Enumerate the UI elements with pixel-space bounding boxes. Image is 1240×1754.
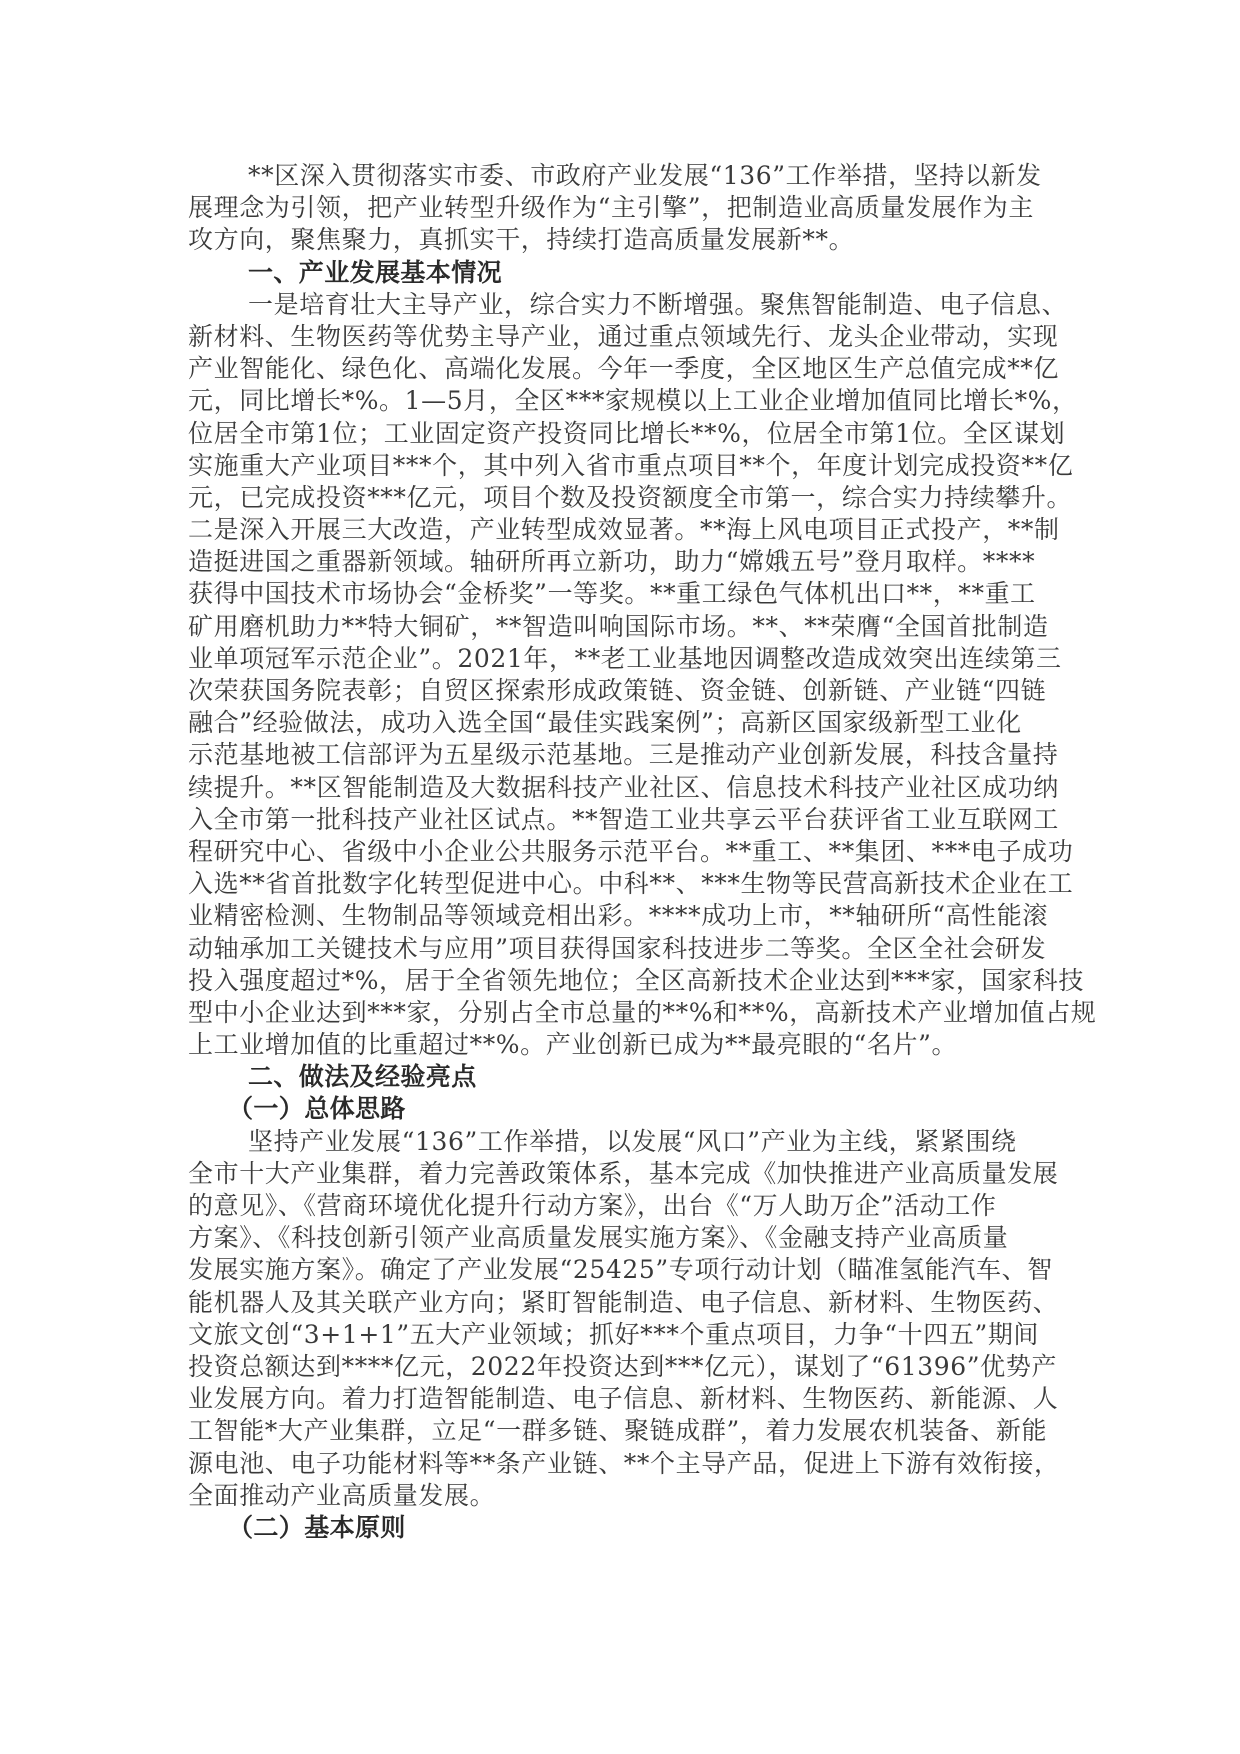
text-line: 的意见》、《营商环境优化提升行动方案》，出台《“万人助万企”活动工作 xyxy=(188,1190,1040,1222)
intro-paragraph: **区深入贯彻落实市委、市政府产业发展“136”工作举措，坚持以新发 展理念为引… xyxy=(188,160,1040,257)
text-line: 能机器人及其关联产业方向；紧盯智能制造、电子信息、新材料、生物医药、 xyxy=(188,1287,1040,1319)
subsection-heading-overall-approach: （一）总体思路 xyxy=(188,1093,1040,1125)
text-line: 型中小企业达到***家，分别占全市总量的**%和**%，高新技术产业增加值占规 xyxy=(188,997,1040,1029)
text-line: 坚持产业发展“136”工作举措，以发展“风口”产业为主线，紧紧围绕 xyxy=(188,1126,1040,1158)
text-line: 入选**省首批数字化转型促进中心。中科**、***生物等民营高新技术企业在工 xyxy=(188,868,1040,900)
text-line: 投资总额达到****亿元，2022年投资达到***亿元），谋划了“61396”优… xyxy=(188,1351,1040,1383)
text-line: 入全市第一批科技产业社区试点。**智造工业共享云平台获评省工业互联网工 xyxy=(188,804,1040,836)
text-line: 续提升。**区智能制造及大数据科技产业社区、信息技术科技产业社区成功纳 xyxy=(188,772,1040,804)
text-line: 位居全市第1位；工业固定资产投资同比增长**%，位居全市第1位。全区谋划 xyxy=(188,418,1040,450)
text-line: 次荣获国务院表彰；自贸区探索形成政策链、资金链、创新链、产业链“四链 xyxy=(188,675,1040,707)
text-line: 获得中国技术市场协会“金桥奖”一等奖。**重工绿色气体机出口**，**重工 xyxy=(188,578,1040,610)
text-line: **区深入贯彻落实市委、市政府产业发展“136”工作举措，坚持以新发 xyxy=(188,160,1040,192)
text-line: 动轴承加工关键技术与应用”项目获得国家科技进步二等奖。全区全社会研发 xyxy=(188,933,1040,965)
text-line: 元，已完成投资***亿元，项目个数及投资额度全市第一，综合实力持续攀升。 xyxy=(188,482,1040,514)
text-line: 新材料、生物医药等优势主导产业，通过重点领域先行、龙头企业带动，实现 xyxy=(188,321,1040,353)
section-1-paragraph: 一是培育壮大主导产业，综合实力不断增强。聚焦智能制造、电子信息、 新材料、生物医… xyxy=(188,289,1040,1062)
text-line: 二是深入开展三大改造，产业转型成效显著。**海上风电项目正式投产，**制 xyxy=(188,514,1040,546)
text-line: 业发展方向。着力打造智能制造、电子信息、新材料、生物医药、新能源、人 xyxy=(188,1383,1040,1415)
text-line: 一是培育壮大主导产业，综合实力不断增强。聚焦智能制造、电子信息、 xyxy=(188,289,1040,321)
section-heading-2: 二、做法及经验亮点 xyxy=(188,1061,1040,1093)
text-line: 发展实施方案》。确定了产业发展“25425”专项行动计划（瞄准氢能汽车、智 xyxy=(188,1254,1040,1286)
text-line: 矿用磨机助力**特大铜矿，**智造叫响国际市场。**、**荣膺“全国首批制造 xyxy=(188,611,1040,643)
text-line: 上工业增加值的比重超过**%。产业创新已成为**最亮眼的“名片”。 xyxy=(188,1029,1040,1061)
text-line: 文旅文创“3+1+1”五大产业领域；抓好***个重点项目，力争“十四五”期间 xyxy=(188,1319,1040,1351)
text-line: 工智能*大产业集群，立足“一群多链、聚链成群”，着力发展农机装备、新能 xyxy=(188,1415,1040,1447)
section-heading-1: 一、产业发展基本情况 xyxy=(188,257,1040,289)
subsection-1-paragraph: 坚持产业发展“136”工作举措，以发展“风口”产业为主线，紧紧围绕 全市十大产业… xyxy=(188,1126,1040,1512)
text-line: 示范基地被工信部评为五星级示范基地。三是推动产业创新发展，科技含量持 xyxy=(188,739,1040,771)
text-line: 实施重大产业项目***个，其中列入省市重点项目**个，年度计划完成投资**亿 xyxy=(188,450,1040,482)
text-line: 全面推动产业高质量发展。 xyxy=(188,1480,1040,1512)
text-line: 源电池、电子功能材料等**条产业链、**个主导产品，促进上下游有效衔接， xyxy=(188,1448,1040,1480)
text-line: 业精密检测、生物制品等领域竞相出彩。****成功上市，**轴研所“高性能滚 xyxy=(188,900,1040,932)
text-line: 方案》、《科技创新引领产业高质量发展实施方案》、《金融支持产业高质量 xyxy=(188,1222,1040,1254)
subsection-heading-basic-principles: （二）基本原则 xyxy=(188,1512,1040,1544)
text-line: 融合”经验做法，成功入选全国“最佳实践案例”；高新区国家级新型工业化 xyxy=(188,707,1040,739)
text-line: 元，同比增长*%。1—5月，全区***家规模以上工业企业增加值同比增长*%， xyxy=(188,385,1040,417)
text-line: 业单项冠军示范企业”。2021年，**老工业基地因调整改造成效突出连续第三 xyxy=(188,643,1040,675)
text-line: 展理念为引领，把产业转型升级作为“主引擎”，把制造业高质量发展作为主 xyxy=(188,192,1040,224)
document-page: **区深入贯彻落实市委、市政府产业发展“136”工作举措，坚持以新发 展理念为引… xyxy=(188,160,1040,1544)
text-line: 投入强度超过*%，居于全省领先地位；全区高新技术企业达到***家，国家科技 xyxy=(188,965,1040,997)
text-line: 产业智能化、绿色化、高端化发展。今年一季度，全区地区生产总值完成**亿 xyxy=(188,353,1040,385)
text-line: 攻方向，聚焦聚力，真抓实干，持续打造高质量发展新**。 xyxy=(188,224,1040,256)
text-line: 程研究中心、省级中小企业公共服务示范平台。**重工、**集团、***电子成功 xyxy=(188,836,1040,868)
text-line: 造挺进国之重器新领域。轴研所再立新功，助力“嫦娥五号”登月取样。**** xyxy=(188,546,1040,578)
text-line: 全市十大产业集群，着力完善政策体系，基本完成《加快推进产业高质量发展 xyxy=(188,1158,1040,1190)
